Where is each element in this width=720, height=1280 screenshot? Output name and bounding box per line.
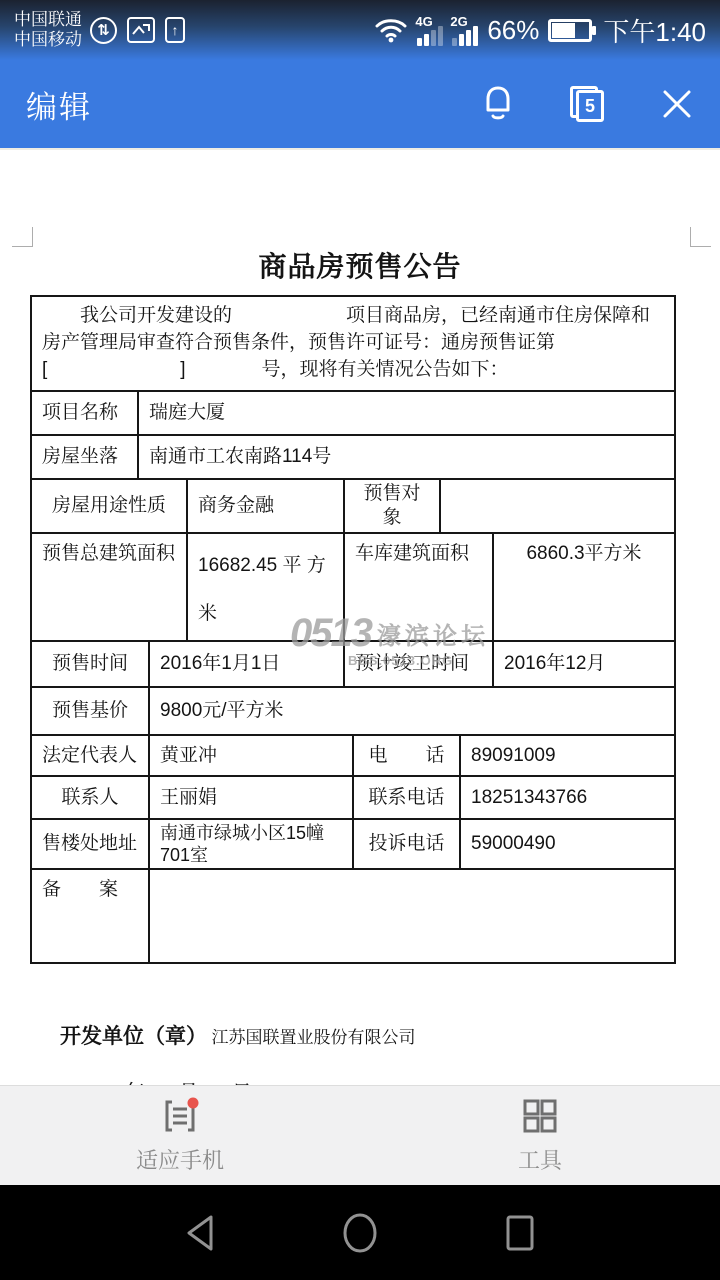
developer-line: 开发单位（章） 江苏国联置业股份有限公司 <box>60 1020 720 1050</box>
row-value: 6860.3平方米 <box>494 534 674 640</box>
row-value: 9800元/平方米 <box>150 688 674 734</box>
document-title: 商品房预售公告 <box>0 245 720 285</box>
data-sync-icon: ⇅ <box>90 17 117 44</box>
network-4g-label: 4G <box>415 14 432 29</box>
wifi-icon <box>374 16 408 44</box>
row-label: 项目名称 <box>32 392 139 434</box>
table-row: 项目名称 瑞庭大厦 <box>32 392 674 436</box>
page-title: 编辑 <box>26 82 92 127</box>
row-value: 89091009 <box>461 736 674 775</box>
carrier-names: 中国联通 中国移动 <box>14 10 82 50</box>
nav-back-button[interactable] <box>120 1212 280 1254</box>
row-label: 电 话 <box>354 736 461 775</box>
battery-icon <box>548 19 592 42</box>
tools-grid-icon <box>520 1096 560 1136</box>
close-icon <box>660 87 694 121</box>
developer-label: 开发单位（章） <box>60 1025 207 1048</box>
battery-percent: 66% <box>487 15 539 46</box>
tools-button[interactable]: 工具 <box>360 1086 720 1185</box>
row-value: 黄亚冲 <box>150 736 354 775</box>
home-icon <box>339 1210 381 1256</box>
row-value: 商务金融 <box>188 480 345 532</box>
row-value: 南通市工农南路114号 <box>139 436 674 478</box>
table-row: 房屋坐落 南通市工农南路114号 <box>32 436 674 480</box>
row-value: 南通市绿城小区15幢701室 <box>150 820 354 868</box>
table-row: 预售总建筑面积 16682.45 平 方 米 车库建筑面积 6860.3平方米 <box>32 534 674 642</box>
table-row: 联系人 王丽娟 联系电话 18251343766 <box>32 777 674 820</box>
tab-switcher-button[interactable]: 5 <box>568 84 608 124</box>
row-label: 联系人 <box>32 777 150 818</box>
carrier-line2: 中国移动 <box>14 30 82 50</box>
row-label: 车库建筑面积 <box>345 534 494 640</box>
tab-count-badge: 5 <box>576 90 604 122</box>
status-right-icons: 4G 2G 66% 下午1:40 <box>374 12 706 49</box>
table-row: 备 案 <box>32 870 674 964</box>
nav-recents-button[interactable] <box>440 1212 600 1254</box>
status-left-icons: ⇅ ↑ <box>90 17 185 44</box>
row-value: 2016年12月 <box>494 642 674 686</box>
carrier-line1: 中国联通 <box>14 10 82 30</box>
page-margin-mark-right <box>690 227 711 247</box>
table-row: 房屋用途性质 商务金融 预售对象 <box>32 480 674 534</box>
recents-icon <box>502 1212 538 1254</box>
app-header: 编辑 5 <box>0 60 720 148</box>
screenshot-icon <box>127 17 155 43</box>
row-label: 备 案 <box>32 870 150 962</box>
row-label: 联系电话 <box>354 777 461 818</box>
row-value: 瑞庭大厦 <box>139 392 674 434</box>
signal-4g: 4G <box>417 14 443 46</box>
network-2g-label: 2G <box>450 14 467 29</box>
bottom-toolbar: 适应手机 工具 <box>0 1085 720 1185</box>
fit-to-phone-button[interactable]: 适应手机 <box>0 1086 360 1185</box>
row-label: 预售时间 <box>32 642 150 686</box>
tools-label: 工具 <box>518 1144 562 1175</box>
fit-to-phone-label: 适应手机 <box>136 1144 224 1175</box>
row-label: 预售总建筑面积 <box>32 534 188 640</box>
row-value: 王丽娟 <box>150 777 354 818</box>
row-value: 16682.45 平 方 米 <box>188 534 345 640</box>
close-button[interactable] <box>660 87 694 121</box>
row-value <box>150 870 674 962</box>
developer-name: 江苏国联置业股份有限公司 <box>211 1028 415 1047</box>
table-row: 预售基价 9800元/平方米 <box>32 688 674 736</box>
row-value: 2016年1月1日 <box>150 642 345 686</box>
upload-icon: ↑ <box>165 17 185 43</box>
red-dot-badge <box>188 1098 199 1109</box>
row-value: 59000490 <box>461 820 674 868</box>
stacked-pages-icon: 5 <box>568 84 608 124</box>
nav-home-button[interactable] <box>280 1210 440 1256</box>
page-margin-mark-left <box>12 227 33 247</box>
row-value <box>441 480 674 532</box>
row-label: 房屋坐落 <box>32 436 139 478</box>
signal-2g: 2G <box>452 14 478 46</box>
table-row: 预售时间 2016年1月1日 预计竣工时间 2016年12月 <box>32 642 674 688</box>
android-nav-bar <box>0 1185 720 1280</box>
table-row: 售楼处地址 南通市绿城小区15幢701室 投诉电话 59000490 <box>32 820 674 870</box>
intro-paragraph: 我公司开发建设的 项目商品房，已经南通市住房保障和房产管理局审查符合预售条件，预… <box>32 297 674 390</box>
document-date: 2015 年 12 月 20 日 <box>75 1076 720 1085</box>
row-value: 18251343766 <box>461 777 674 818</box>
table-row: 法定代表人 黄亚冲 电 话 89091009 <box>32 736 674 777</box>
row-label: 预售基价 <box>32 688 150 734</box>
bell-icon <box>480 84 516 124</box>
row-label: 预计竣工时间 <box>345 642 494 686</box>
clock: 下午1:40 <box>603 12 706 49</box>
row-label: 房屋用途性质 <box>32 480 188 532</box>
row-label: 预售对象 <box>345 480 441 532</box>
back-icon <box>181 1212 219 1254</box>
notifications-button[interactable] <box>480 84 516 124</box>
row-label: 法定代表人 <box>32 736 150 775</box>
row-label: 投诉电话 <box>354 820 461 868</box>
document-canvas[interactable]: 商品房预售公告 我公司开发建设的 项目商品房，已经南通市住房保障和房产管理局审查… <box>0 148 720 1085</box>
fit-phone-icon <box>160 1096 200 1136</box>
status-bar: 中国联通 中国移动 ⇅ ↑ 4G 2G 66% <box>0 0 720 60</box>
table-row: 我公司开发建设的 项目商品房，已经南通市住房保障和房产管理局审查符合预售条件，预… <box>32 297 674 392</box>
row-label: 售楼处地址 <box>32 820 150 868</box>
presale-table: 我公司开发建设的 项目商品房，已经南通市住房保障和房产管理局审查符合预售条件，预… <box>30 295 676 964</box>
